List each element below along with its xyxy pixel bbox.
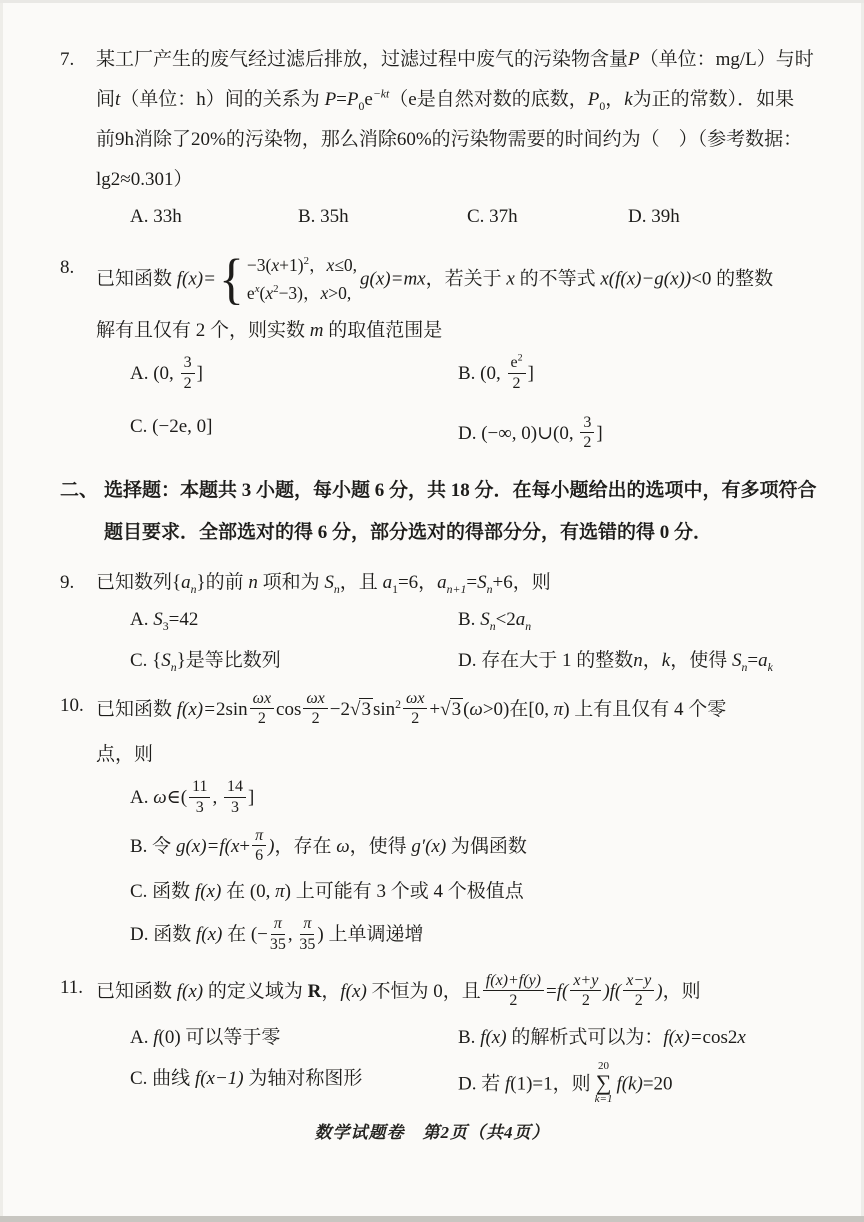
question-10-number: 10. [60,692,96,966]
question-11-option-a: A. f(0) 可以等于零 [130,1022,458,1049]
question-10-option-d: D. 函数 f(x) 在 (−π35, π35) 上单调递增 [96,917,818,955]
question-8-number: 8. [60,254,96,470]
question-8-line-1: 已知函数 f(x)={−3(x+1)2，x≤0,ex(x2−3)，x>0,g(x… [96,254,818,306]
question-7-line-4: lg2≈0.301） [96,166,818,195]
question-9-options: A. S3=42 B. Sn<2an C. {Sn}是等比数列 D. 存在大于 … [96,609,818,672]
question-11-option-b: B. f(x) 的解析式可以为：f(x)=cos2x [458,1022,818,1049]
fraction: 113 [189,778,210,816]
question-11-line-1: 已知函数 f(x) 的定义域为 R，f(x) 不恒为 0，且f(x)+f(y)2… [96,974,818,1012]
section-2-body: 选择题：本题共 3 小题，每小题 6 分，共 18 分．在每小题给出的选项中，有… [104,477,818,561]
left-brace: { [219,251,244,307]
question-9-option-d: D. 存在大于 1 的整数n，k，使得 Sn=ak [458,645,818,672]
question-11-body: 已知函数 f(x) 的定义域为 R，f(x) 不恒为 0，且f(x)+f(y)2… [96,974,818,1120]
page-content: 7. 某工厂产生的废气经过滤后排放，过滤过程中废气的污染物含量P（单位：mg/L… [0,0,864,1119]
section-2-line-1: 选择题：本题共 3 小题，每小题 6 分，共 18 分．在每小题给出的选项中，有… [104,477,818,506]
fraction: ωx2 [403,690,427,728]
question-9-option-c: C. {Sn}是等比数列 [130,645,458,672]
question-9-line-1: 已知数列{an}的前 n 项和为 Sn，且 a1=6，an+1=Sn+6，则 [96,569,818,598]
question-7-option-c: C. 37h [467,206,628,228]
question-8-body: 已知函数 f(x)={−3(x+1)2，x≤0,ex(x2−3)，x>0,g(x… [96,254,818,470]
question-10-option-b: B. 令 g(x)=f(x+π6)，存在 ω，使得 g′(x) 为偶函数 [96,829,818,867]
question-10-body: 已知函数 f(x)=2sinωx2cosωx2−2√3sin2ωx2+√3(ω>… [96,692,818,966]
fraction: f(x)+f(y)2 [483,972,544,1010]
section-2-line-2: 题目要求．全部选对的得 6 分，部分选对的得部分分，有选错的得 0 分． [104,519,818,548]
question-8-option-a: A. (0, 32] [130,356,458,394]
question-10-line-1: 已知函数 f(x)=2sinωx2cosωx2−2√3sin2ωx2+√3(ω>… [96,692,818,730]
question-11-options: A. f(0) 可以等于零 B. f(x) 的解析式可以为：f(x)=cos2x… [96,1022,818,1107]
question-8-option-b: B. (0, e22] [458,356,818,394]
question-7-option-a: A. 33h [130,206,298,228]
fraction: 32 [181,354,195,392]
sqrt-radical: √3 [350,699,373,720]
piecewise-row: ex(x2−3)，x>0, [247,283,357,304]
fraction: 143 [224,778,246,816]
question-11: 11. 已知函数 f(x) 的定义域为 R，f(x) 不恒为 0，且f(x)+f… [60,974,818,1120]
question-8-option-c: C. (−2e, 0] [130,416,458,454]
question-10: 10. 已知函数 f(x)=2sinωx2cosωx2−2√3sin2ωx2+√… [60,692,818,966]
question-11-option-c: C. 曲线 f(x−1) 为轴对称图形 [130,1063,458,1107]
piecewise-row: −3(x+1)2，x≤0, [247,255,357,276]
question-11-option-d: D. 若 f(1)=1，则20∑k=1f(k)=20 [458,1063,818,1107]
section-2-number: 二、 [60,477,104,561]
fraction: x−y2 [623,972,654,1010]
sqrt-radical: √3 [440,699,463,720]
question-7-number: 7. [60,46,96,246]
question-7-line-3: 前9h消除了20%的污染物，那么消除60%的污染物需要的时间约为（ ）（参考数据… [96,126,818,155]
question-7-body: 某工厂产生的废气经过滤后排放，过滤过程中废气的污染物含量P（单位：mg/L）与时… [96,46,818,246]
fraction: π35 [270,915,286,953]
question-9-number: 9. [60,569,96,684]
fraction: 32 [580,414,594,452]
fraction: x+y2 [570,972,601,1010]
question-10-line-2: 点，则 [96,741,818,770]
question-7: 7. 某工厂产生的废气经过滤后排放，过滤过程中废气的污染物含量P（单位：mg/L… [60,46,818,246]
fraction: ωx2 [303,690,327,728]
fraction: π35 [299,915,315,953]
question-9-body: 已知数列{an}的前 n 项和为 Sn，且 a1=6，an+1=Sn+6，则 A… [96,569,818,684]
section-2-header: 二、 选择题：本题共 3 小题，每小题 6 分，共 18 分．在每小题给出的选项… [60,477,818,561]
question-7-line-1: 某工厂产生的废气经过滤后排放，过滤过程中废气的污染物含量P（单位：mg/L）与时 [96,46,818,75]
fraction: π6 [252,827,266,865]
fraction: e22 [508,354,526,392]
question-8-options: A. (0, 32] B. (0, e22] C. (−2e, 0] D. (−… [96,356,818,453]
piecewise-brace: {−3(x+1)2，x≤0,ex(x2−3)，x>0, [219,254,357,306]
question-9-option-a: A. S3=42 [130,609,458,631]
question-9: 9. 已知数列{an}的前 n 项和为 Sn，且 a1=6，an+1=Sn+6，… [60,569,818,684]
question-8-line-2: 解有且仅有 2 个，则实数 m 的取值范围是 [96,317,818,346]
question-10-option-a: A. ω∈(113, 143] [96,780,818,818]
question-8: 8. 已知函数 f(x)={−3(x+1)2，x≤0,ex(x2−3)，x>0,… [60,254,818,470]
question-10-option-c: C. 函数 f(x) 在 (0, π) 上可能有 3 个或 4 个极值点 [96,878,818,907]
question-7-option-d: D. 39h [628,206,818,228]
question-7-option-b: B. 35h [298,206,467,228]
question-7-line-2: 间t（单位：h）间的关系为 P=P0e−kt（e是自然对数的底数，P0，k为正的… [96,86,818,115]
question-7-options: A. 33h B. 35h C. 37h D. 39h [96,206,818,228]
page-footer: 数学试题卷 第2页（共4页） [0,1118,864,1143]
summation: 20∑k=1 [595,1061,613,1105]
question-9-option-b: B. Sn<2an [458,609,818,631]
sigma-symbol: ∑ [596,1073,612,1094]
question-8-option-d: D. (−∞, 0)∪(0, 32] [458,416,818,454]
question-11-number: 11. [60,974,96,1120]
exam-sheet: 7. 某工厂产生的废气经过滤后排放，过滤过程中废气的污染物含量P（单位：mg/L… [0,0,864,1222]
fraction: ωx2 [250,690,274,728]
